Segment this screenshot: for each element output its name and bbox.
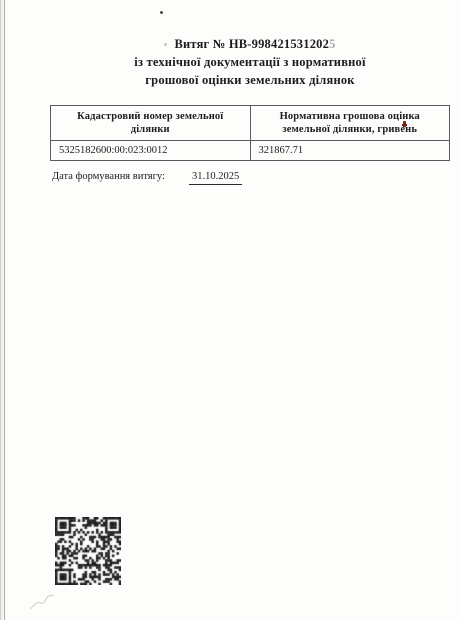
extract-number-faded-digit: 5 bbox=[329, 37, 335, 51]
date-label: Дата формування витягу: bbox=[52, 171, 165, 182]
title-line-2: із технічної документації з нормативної bbox=[40, 53, 460, 71]
document-content: Витяг № НВ-9984215312025 із технічної до… bbox=[40, 0, 460, 185]
title-line-extract-number: Витяг № НВ-9984215312025 bbox=[40, 35, 460, 53]
table-row: 5325182600:00:023:0012 321867.71 bbox=[51, 141, 450, 161]
pencil-scribble bbox=[28, 590, 60, 612]
scanned-document-page: Витяг № НВ-9984215312025 із технічної до… bbox=[0, 0, 460, 620]
date-value: 31.10.2025 bbox=[189, 170, 242, 185]
table-header-row: Кадастровий номер земельної ділянки Норм… bbox=[51, 106, 450, 141]
red-ink-mark bbox=[403, 121, 406, 127]
col-header-cadastral-number-label: Кадастровий номер земельної ділянки bbox=[77, 111, 223, 135]
col-header-valuation-label: Нормативна грошова оцінка земельної діля… bbox=[280, 111, 420, 135]
document-title: Витяг № НВ-9984215312025 із технічної до… bbox=[40, 35, 460, 89]
col-header-valuation: Нормативна грошова оцінка земельної діля… bbox=[250, 106, 450, 141]
extract-number-text: Витяг № НВ-998421531202 bbox=[174, 37, 329, 51]
extract-date-row: Дата формування витягу:31.10.2025 bbox=[52, 170, 460, 185]
title-line-3: грошової оцінки земельних ділянок bbox=[40, 71, 460, 89]
qr-code bbox=[55, 517, 121, 585]
valuation-table: Кадастровий номер земельної ділянки Норм… bbox=[50, 105, 450, 161]
faint-dot bbox=[164, 43, 167, 46]
scanner-edge-strip bbox=[0, 0, 6, 620]
valuation-value-cell: 321867.71 bbox=[250, 141, 450, 161]
col-header-cadastral-number: Кадастровий номер земельної ділянки bbox=[51, 106, 251, 141]
cadastral-number-cell: 5325182600:00:023:0012 bbox=[51, 141, 251, 161]
